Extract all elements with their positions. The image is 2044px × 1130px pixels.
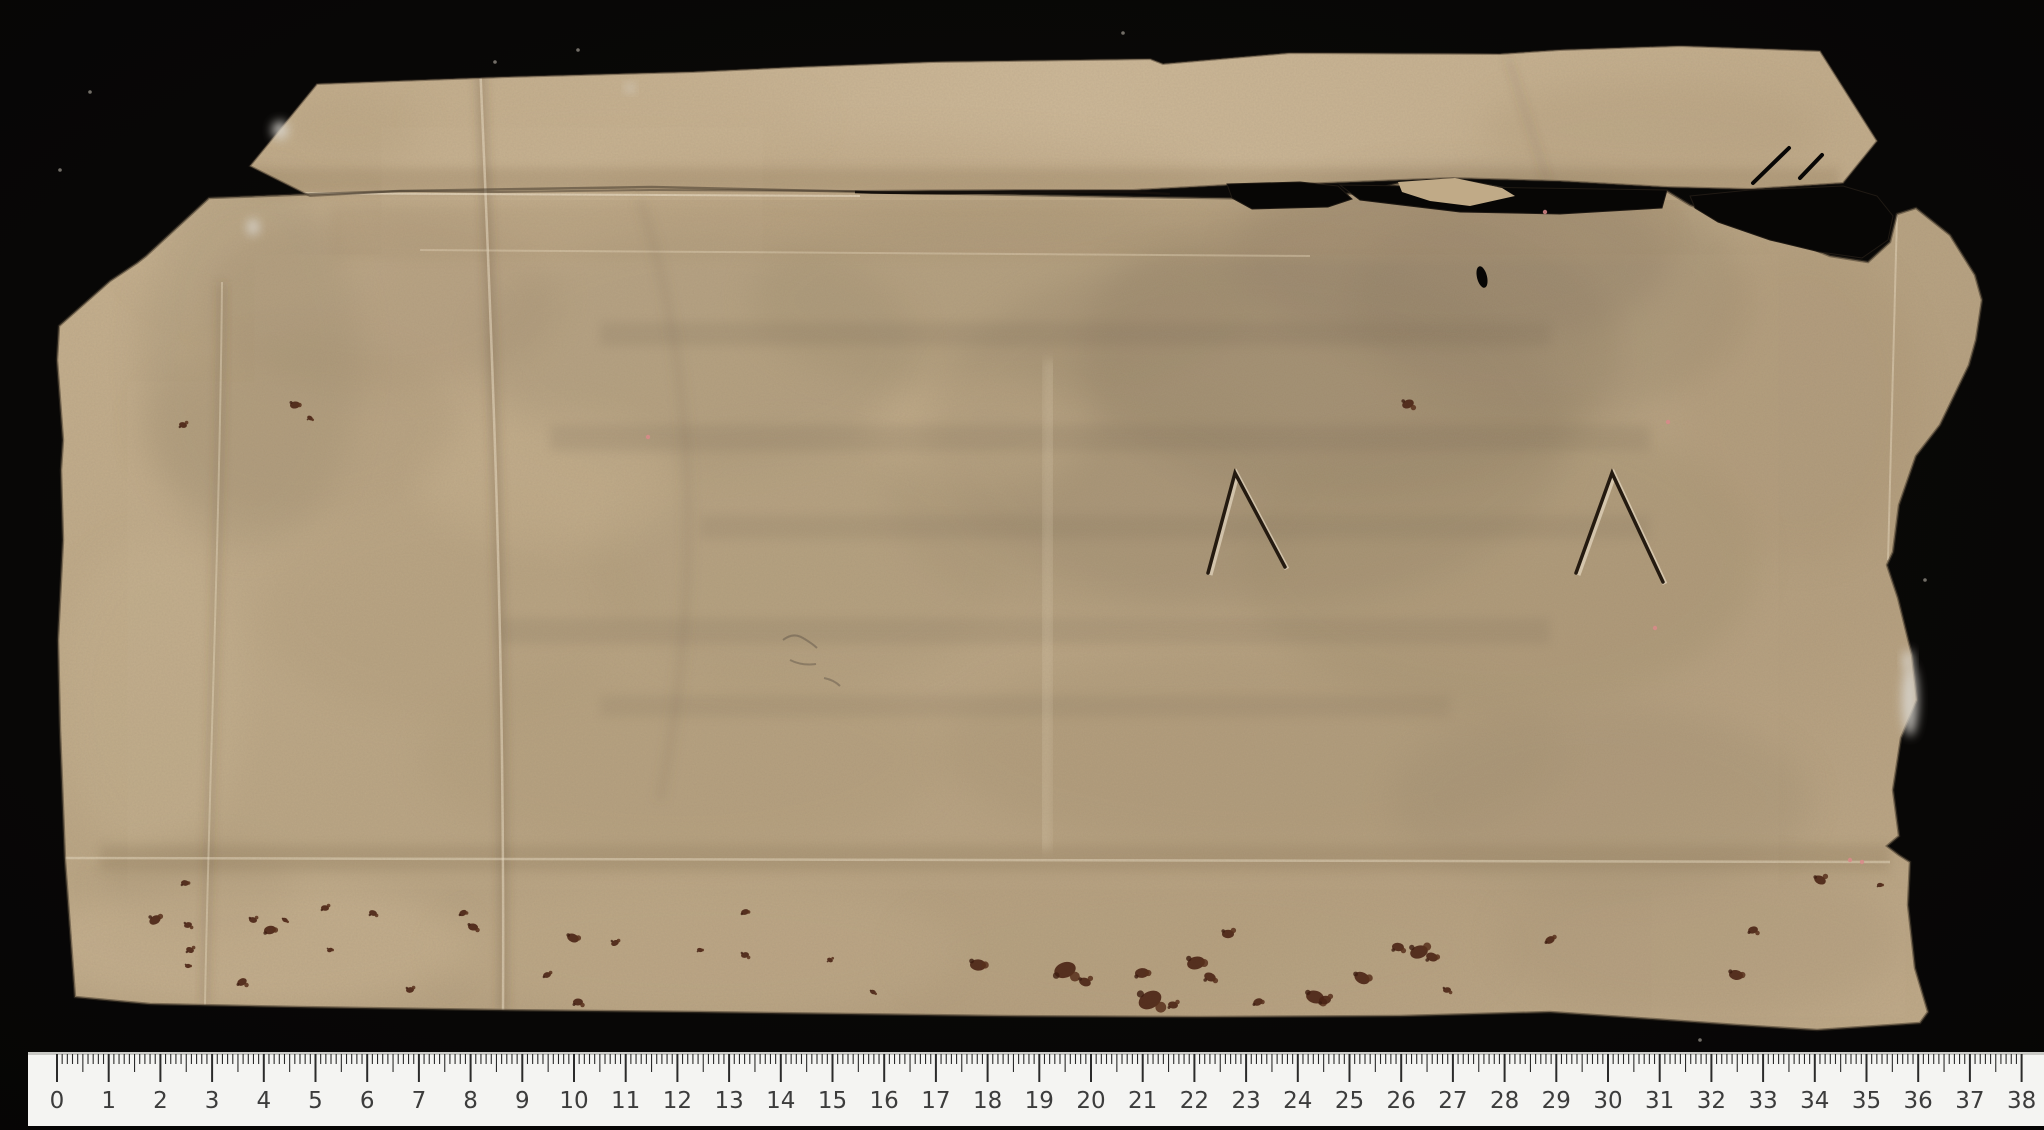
fiber-fuzz [1902, 664, 1918, 736]
ruler-number: 11 [611, 1088, 640, 1114]
pink-speck [1666, 420, 1670, 424]
ruler-number: 24 [1283, 1088, 1312, 1114]
ruler-number: 33 [1748, 1088, 1777, 1114]
parchment-membrane [30, 20, 2000, 1050]
ruler-number: 13 [714, 1088, 743, 1114]
dust-speck [1923, 578, 1927, 582]
ruler-number: 4 [256, 1088, 271, 1114]
tear-gap [1227, 182, 1352, 209]
ruler-number: 22 [1180, 1088, 1209, 1114]
ruler-number: 16 [870, 1088, 899, 1114]
ruler-number: 28 [1490, 1088, 1519, 1114]
ruler-number: 27 [1438, 1088, 1467, 1114]
ruler-number: 5 [308, 1088, 323, 1114]
parchment-photograph: 0123456789101112131415161718192021222324… [0, 0, 2044, 1130]
ruler-number: 18 [973, 1088, 1002, 1114]
ruler-number: 2 [153, 1088, 168, 1114]
ruler-number: 8 [463, 1088, 478, 1114]
ruler-number: 14 [766, 1088, 795, 1114]
ruler-number: 7 [412, 1088, 427, 1114]
parchment-surface [30, 20, 2000, 1050]
ruler-top-bevel [28, 1052, 2044, 1055]
ruler-number: 17 [921, 1088, 950, 1114]
fiber-fuzz [272, 121, 288, 139]
pink-speck [1860, 860, 1864, 864]
ruler-number: 0 [50, 1088, 65, 1114]
ruler-number: 38 [2007, 1088, 2036, 1114]
ruler-number: 26 [1387, 1088, 1416, 1114]
ruler-number: 15 [818, 1088, 847, 1114]
ruler-number: 19 [1025, 1088, 1054, 1114]
pink-speck [1848, 858, 1852, 862]
ruler-number: 20 [1076, 1088, 1105, 1114]
ruler-number: 9 [515, 1088, 530, 1114]
fiber-fuzz [1903, 650, 1913, 670]
pink-speck [1543, 210, 1547, 214]
ruler-number: 32 [1697, 1088, 1726, 1114]
pink-speck [1653, 626, 1657, 630]
dust-speck [88, 90, 92, 94]
ruler-number: 10 [559, 1088, 588, 1114]
ruler-number: 29 [1542, 1088, 1571, 1114]
ruler-number: 30 [1593, 1088, 1622, 1114]
dust-speck [1698, 1038, 1702, 1042]
cm-ruler: 0123456789101112131415161718192021222324… [28, 1052, 2044, 1126]
fiber-fuzz [247, 219, 259, 235]
ruler-number: 3 [205, 1088, 220, 1114]
ruler-number: 21 [1128, 1088, 1157, 1114]
dust-speck [1121, 31, 1125, 35]
ruler-number: 1 [101, 1088, 116, 1114]
ruler-number: 25 [1335, 1088, 1364, 1114]
ruler-number: 34 [1800, 1088, 1829, 1114]
ruler-number: 36 [1904, 1088, 1933, 1114]
grain-highlight-texture [40, 20, 2000, 1050]
ruler-number: 6 [360, 1088, 375, 1114]
ruler-number: 23 [1231, 1088, 1260, 1114]
dust-speck [493, 60, 497, 64]
pink-speck [646, 435, 650, 439]
ruler-number: 37 [1955, 1088, 1984, 1114]
fiber-fuzz [626, 84, 634, 92]
photo-stage: 0123456789101112131415161718192021222324… [0, 0, 2044, 1130]
dust-speck [58, 168, 62, 172]
ruler-number: 12 [663, 1088, 692, 1114]
dust-speck [576, 48, 580, 52]
ruler-number: 31 [1645, 1088, 1674, 1114]
ruler-number: 35 [1852, 1088, 1881, 1114]
